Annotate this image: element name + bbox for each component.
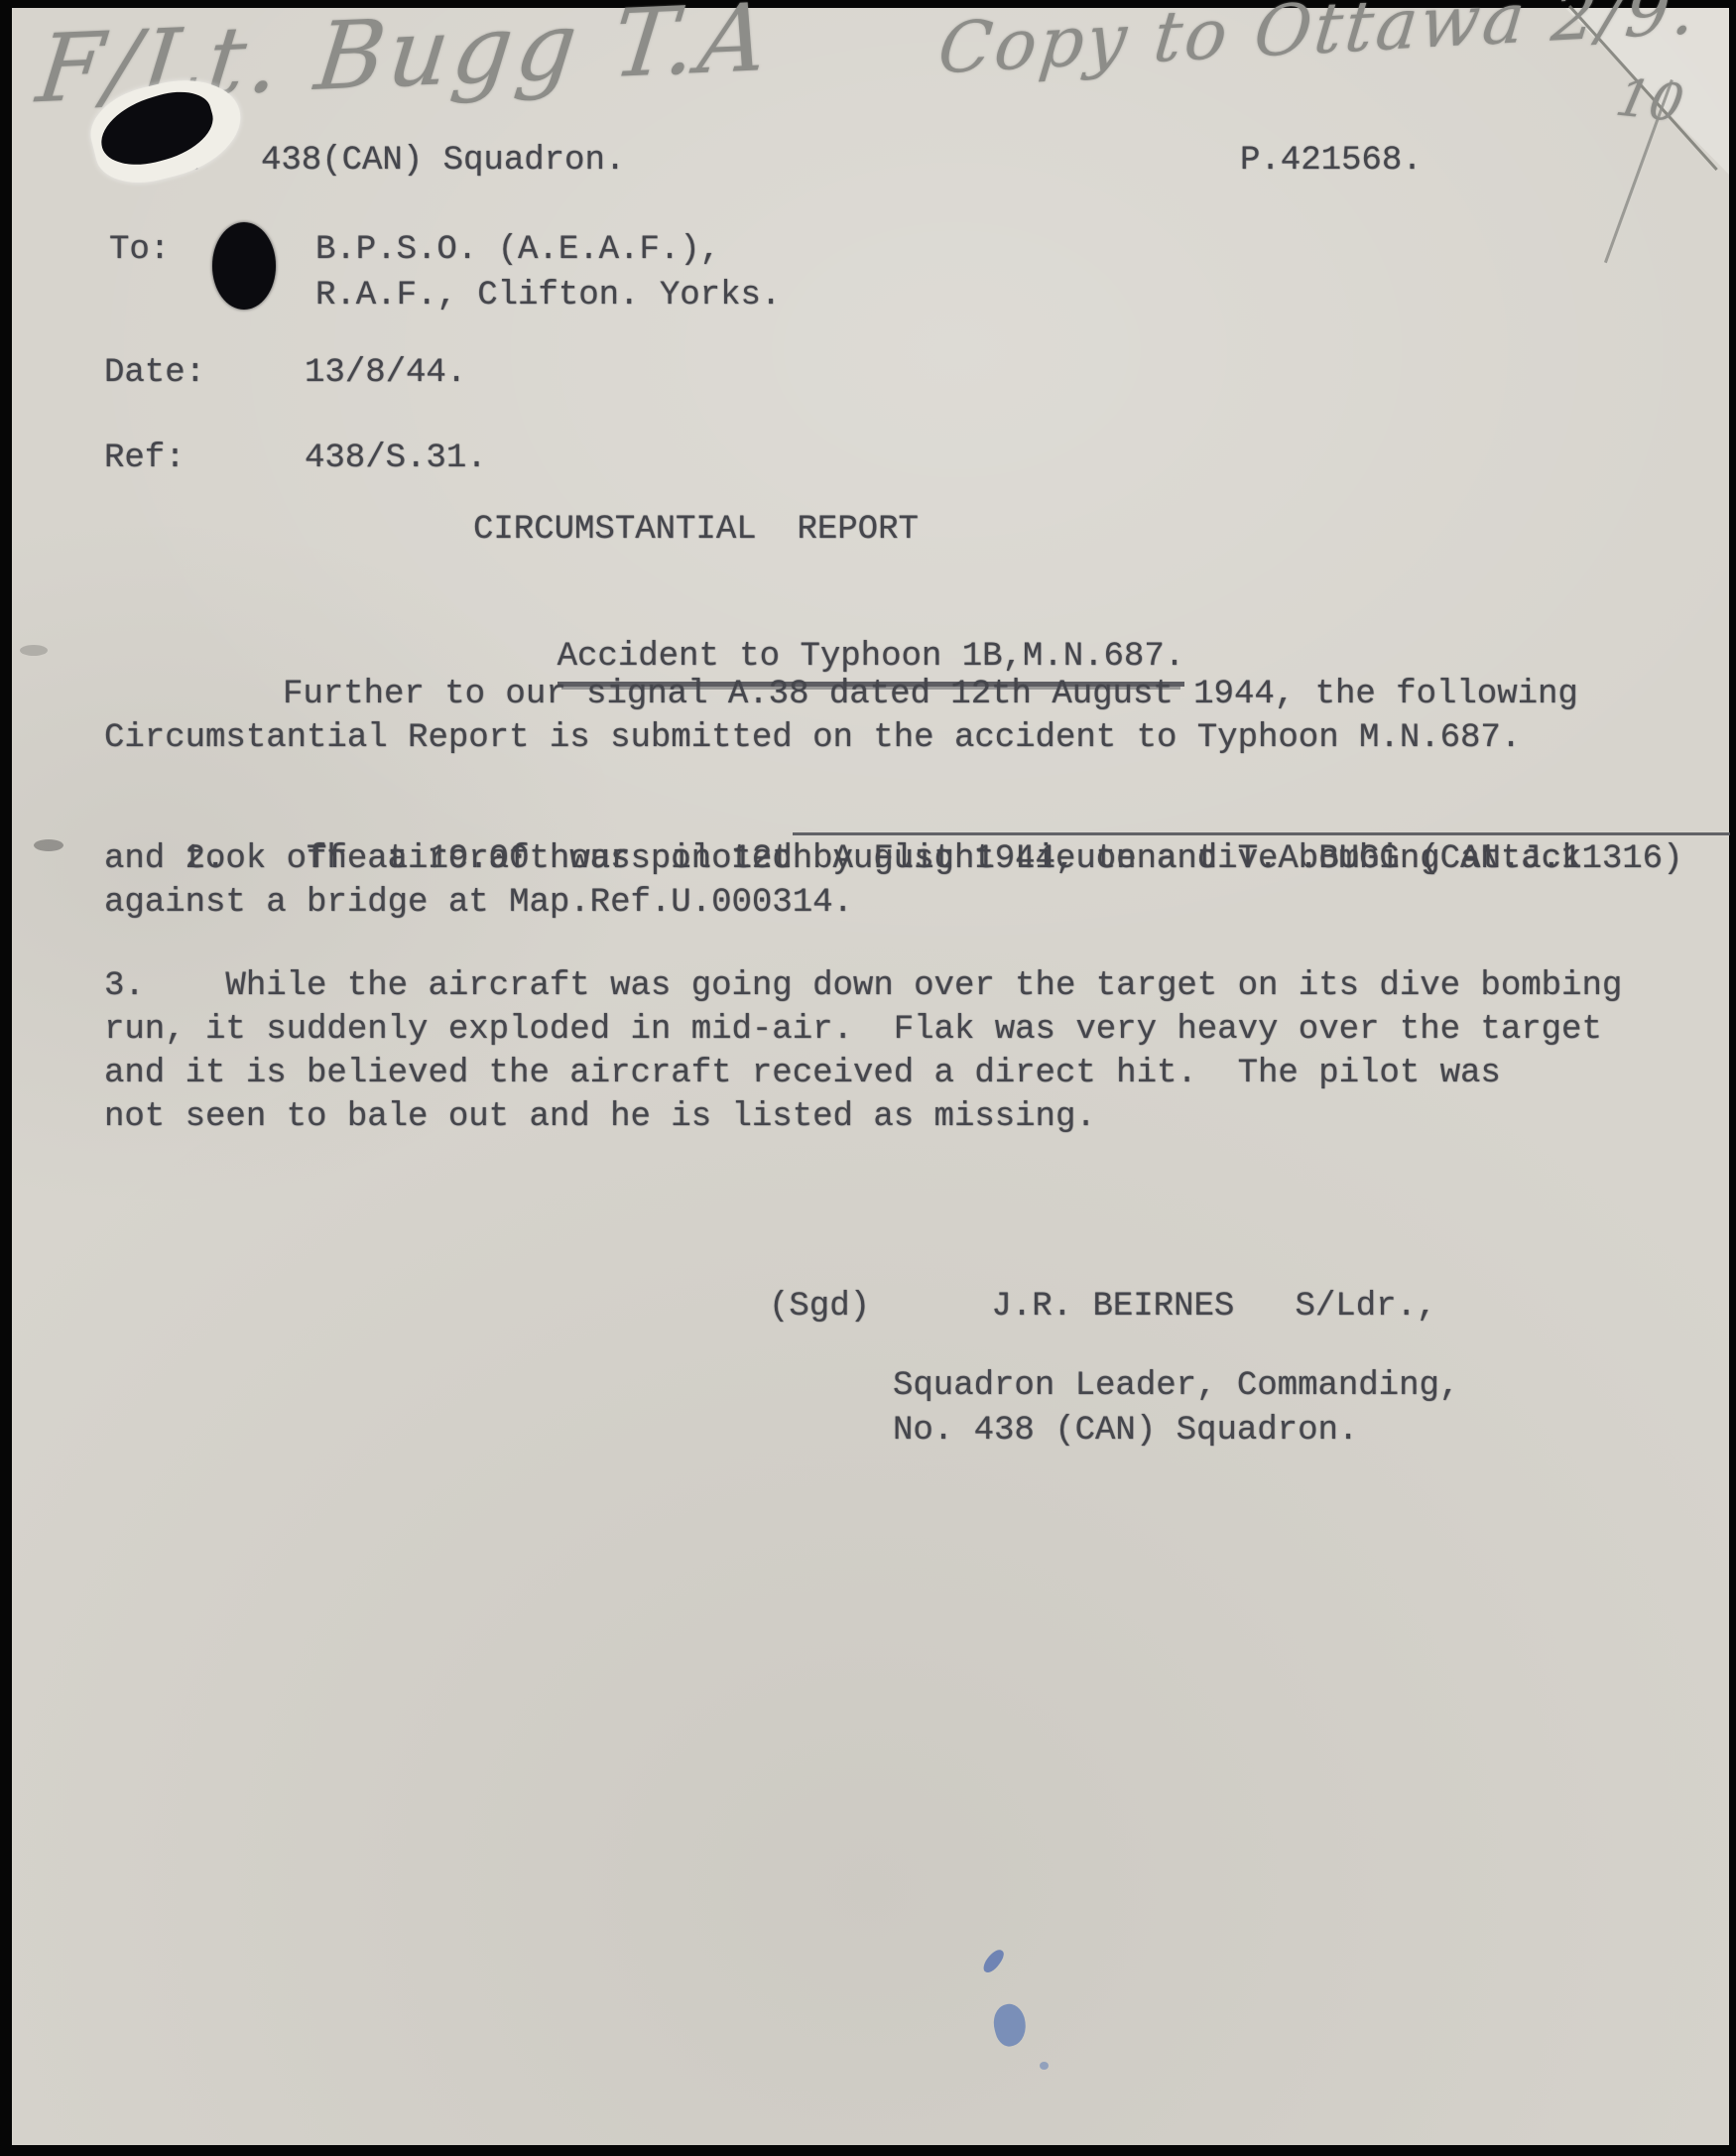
signature-title-line2: No. 438 (CAN) Squadron. [893,1409,1358,1453]
paragraph1-line1: Further to our signal A.38 dated 12th Au… [283,673,1578,716]
file-reference-number: P.421568. [1240,139,1423,183]
edge-smudge-2 [34,839,63,851]
handwritten-page-number: 10 [1611,68,1688,134]
paragraph3-line2: run, it suddenly exploded in mid-air. Fl… [104,1008,1602,1052]
from-value: 438(CAN) Squadron. [261,139,625,183]
paragraph3-line4: not seen to bale out and he is listed as… [104,1095,1096,1139]
report-heading: CIRCUMSTANTIAL REPORT [473,508,919,552]
pilot-name-underline [793,832,1730,835]
paragraph2-line2: and took off at 19.00 hours on 12th Augu… [104,837,1581,881]
paragraph1-line2: Circumstantial Report is submitted on th… [104,716,1521,760]
paragraph3-line3: and it is believed the aircraft received… [104,1052,1501,1095]
to-value-line2: R.A.F., Clifton. Yorks. [315,274,781,317]
to-value-line1: B.P.S.O. (A.E.A.F.), [315,228,720,272]
edge-smudge-1 [20,645,48,656]
paragraph3-line1: 3. While the aircraft was going down ove… [104,964,1622,1008]
signature-title-line1: Squadron Leader, Commanding, [893,1364,1459,1408]
scanned-document: F/Lt. Bugg T.A Copy to Ottawa 2/9. 10 Fr… [0,0,1736,2156]
to-label: To: [109,228,170,272]
signature-line: (Sgd) J.R. BEIRNES S/Ldr., [769,1285,1436,1329]
date-label: Date: [104,351,205,395]
ref-label: Ref: [104,437,186,480]
punch-hole [212,222,276,310]
blue-ink-speck-3 [1040,2062,1049,2070]
paragraph2-line3: against a bridge at Map.Ref.U.000314. [104,881,853,925]
ref-value: 438/S.31. [305,437,487,480]
date-value: 13/8/44. [305,351,466,395]
